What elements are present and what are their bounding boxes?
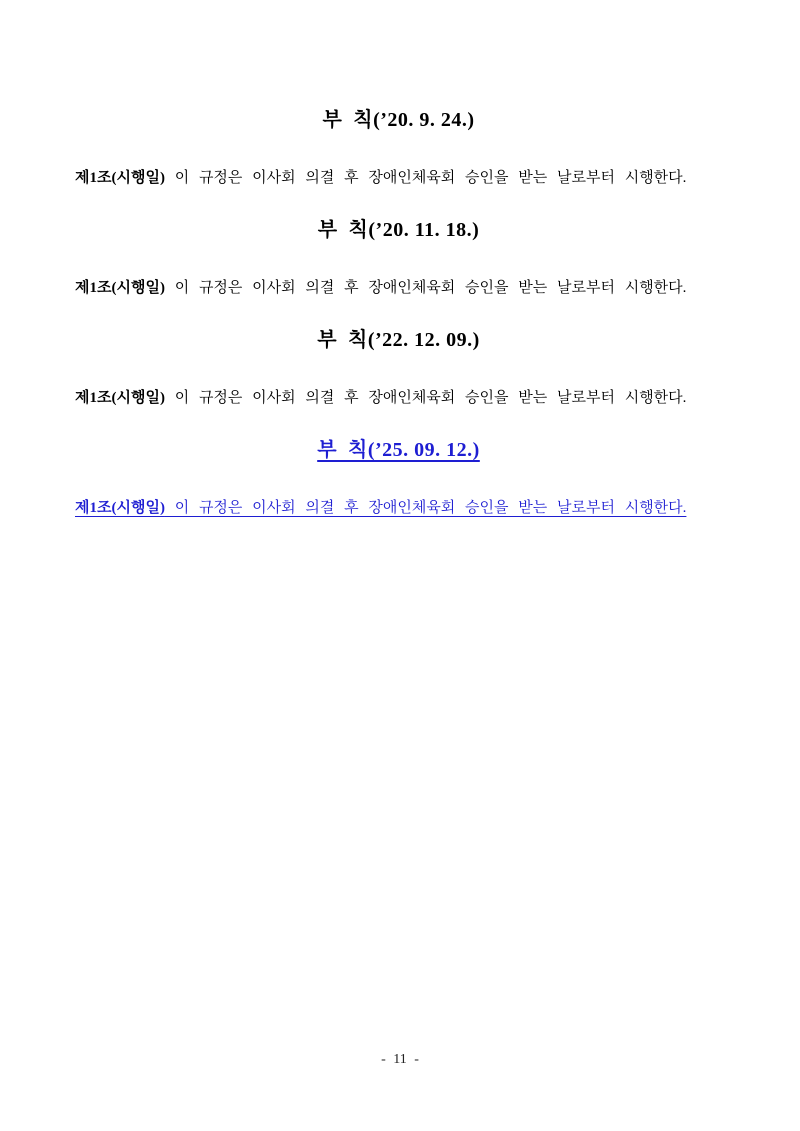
addendum-section-2025-09-12: 부 칙(’25. 09. 12.) 제1조(시행일) 이 규정은 이사회 의결 … [75, 436, 722, 520]
clause-text: 이 규정은 이사회 의결 후 장애인체육회 승인을 받는 날로부터 시행한다. [165, 170, 686, 186]
clause-label: 제1조(시행일) [75, 170, 165, 186]
addendum-heading: 부 칙(’20. 9. 24.) [75, 106, 722, 134]
document-page: 부 칙(’20. 9. 24.) 제1조(시행일) 이 규정은 이사회 의결 후… [0, 0, 800, 1131]
addendum-section-2022-12-09: 부 칙(’22. 12. 09.) 제1조(시행일) 이 규정은 이사회 의결 … [75, 326, 722, 410]
addendum-heading: 부 칙(’22. 12. 09.) [75, 326, 722, 354]
clause-text: 이 규정은 이사회 의결 후 장애인체육회 승인을 받는 날로부터 시행한다. [165, 280, 686, 296]
addendum-clause: 제1조(시행일) 이 규정은 이사회 의결 후 장애인체육회 승인을 받는 날로… [75, 276, 722, 300]
clause-label: 제1조(시행일) [75, 280, 165, 296]
addendum-section-2020-09-24: 부 칙(’20. 9. 24.) 제1조(시행일) 이 규정은 이사회 의결 후… [75, 106, 722, 190]
clause-label: 제1조(시행일) [75, 390, 165, 406]
clause-label: 제1조(시행일) [75, 500, 165, 516]
document-content: 부 칙(’20. 9. 24.) 제1조(시행일) 이 규정은 이사회 의결 후… [0, 0, 800, 520]
clause-text: 이 규정은 이사회 의결 후 장애인체육회 승인을 받는 날로부터 시행한다. [165, 500, 686, 516]
clause-text: 이 규정은 이사회 의결 후 장애인체육회 승인을 받는 날로부터 시행한다. [165, 390, 686, 406]
page-number: - 11 - [0, 1051, 800, 1069]
addendum-clause: 제1조(시행일) 이 규정은 이사회 의결 후 장애인체육회 승인을 받는 날로… [75, 386, 722, 410]
addendum-clause-revision: 제1조(시행일) 이 규정은 이사회 의결 후 장애인체육회 승인을 받는 날로… [75, 496, 722, 520]
addendum-section-2020-11-18: 부 칙(’20. 11. 18.) 제1조(시행일) 이 규정은 이사회 의결 … [75, 216, 722, 300]
addendum-heading: 부 칙(’20. 11. 18.) [75, 216, 722, 244]
addendum-heading-revision: 부 칙(’25. 09. 12.) [75, 436, 722, 464]
addendum-clause: 제1조(시행일) 이 규정은 이사회 의결 후 장애인체육회 승인을 받는 날로… [75, 166, 722, 190]
